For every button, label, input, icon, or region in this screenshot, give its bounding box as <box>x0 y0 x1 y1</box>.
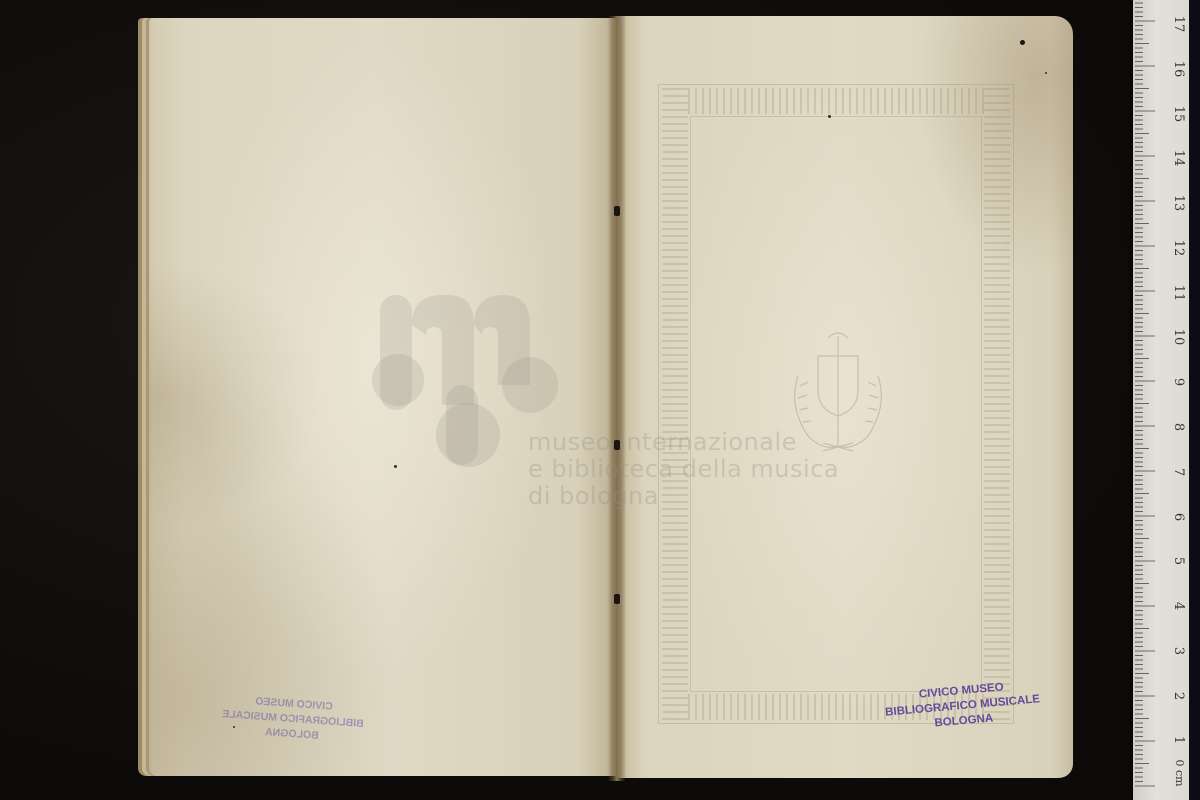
paper-speck <box>1020 40 1025 45</box>
ruler-shadow-edge <box>1189 0 1200 800</box>
ruler-label-1: 1 <box>1171 729 1185 751</box>
paper-speck <box>394 465 397 468</box>
border-band-left <box>662 88 688 720</box>
ruler-label-6: 6 <box>1171 506 1185 528</box>
ruler-label-8: 8 <box>1171 416 1185 438</box>
ruler-unit-label: 0 cm <box>1172 753 1186 793</box>
border-band-top <box>688 88 984 114</box>
paper-speck <box>1045 72 1047 74</box>
ruler-label-5: 5 <box>1171 550 1185 572</box>
ruler-label-12: 12 <box>1171 237 1185 259</box>
document-photo-scene: museo internazionale e biblioteca della … <box>0 0 1200 800</box>
ruler-label-14: 14 <box>1171 147 1185 169</box>
coat-of-arms-emblem-icon <box>778 316 898 466</box>
book-spine <box>608 16 626 781</box>
border-band-right <box>984 88 1010 720</box>
ruler-label-10: 10 <box>1171 326 1185 348</box>
ruler-label-3: 3 <box>1171 640 1185 662</box>
ruler-label-15: 15 <box>1171 103 1185 125</box>
ruler-label-11: 11 <box>1171 282 1185 304</box>
left-page <box>138 18 616 776</box>
binding-stitch <box>614 206 620 216</box>
open-booklet <box>138 16 1073 781</box>
paper-speck <box>828 115 831 118</box>
ruler-label-7: 7 <box>1171 461 1185 483</box>
binding-stitch <box>614 594 620 604</box>
ruler-label-4: 4 <box>1171 595 1185 617</box>
ruler-label-13: 13 <box>1171 192 1185 214</box>
measurement-ruler: 0 cm 1 2 3 4 5 6 7 8 9 10 11 12 13 14 15… <box>1133 0 1189 800</box>
binding-stitch <box>614 440 620 450</box>
ruler-label-17: 17 <box>1171 13 1185 35</box>
ruler-label-9: 9 <box>1171 371 1185 393</box>
right-page <box>618 16 1073 778</box>
ruler-label-2: 2 <box>1171 685 1185 707</box>
ruler-label-16: 16 <box>1171 58 1185 80</box>
